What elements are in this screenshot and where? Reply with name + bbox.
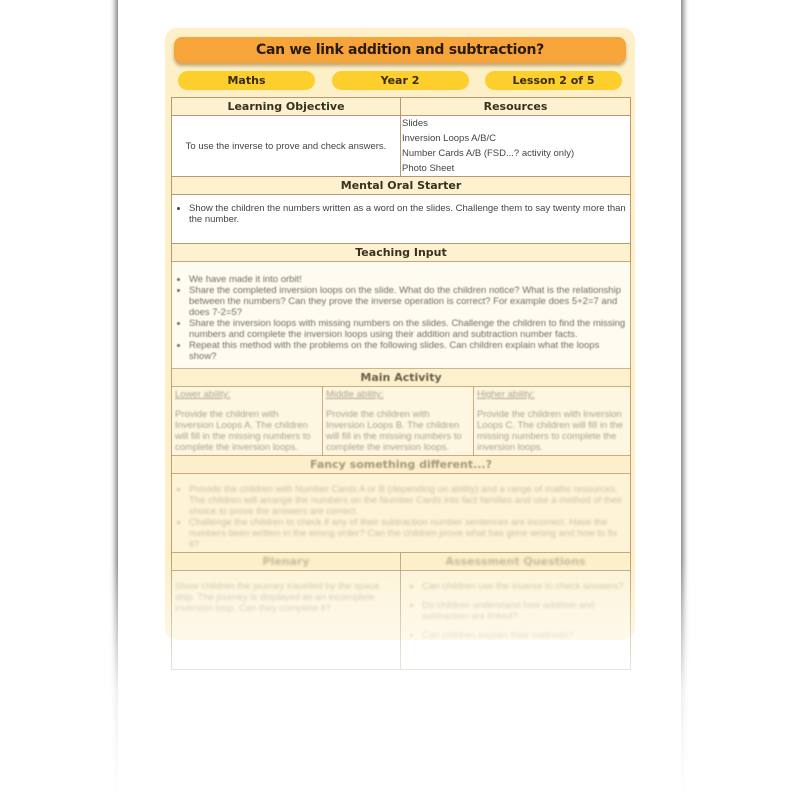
starter-item: Show the children the numbers written as… xyxy=(189,203,627,225)
teaching-item: Share the completed inversion loops on t… xyxy=(189,285,627,318)
plenary-text: Show children the journey travelled by t… xyxy=(172,571,401,670)
lesson-info-bar: Maths Year 2 Lesson 2 of 5 xyxy=(178,71,622,91)
lesson-title: Can we link addition and subtraction? xyxy=(174,37,626,63)
assessment-heading: Assessment Questions xyxy=(401,553,631,571)
main-activity-heading: Main Activity xyxy=(172,369,631,387)
lower-ability-cell: Lower ability: Provide the children with… xyxy=(172,387,323,456)
middle-ability-cell: Middle ability: Provide the children wit… xyxy=(323,387,474,456)
resource-item: Photo Sheet xyxy=(402,161,629,176)
resource-item: Number Cards A/B (FSD...? activity only) xyxy=(402,146,629,161)
resource-item: Inversion Loops A/B/C xyxy=(402,131,629,146)
teaching-item: Share the inversion loops with missing n… xyxy=(189,318,627,340)
teaching-item: Repeat this method with the problems on … xyxy=(189,340,627,362)
plenary-heading: Plenary xyxy=(172,553,401,571)
starter-heading: Mental Oral Starter xyxy=(172,177,631,195)
resource-item: Slides xyxy=(402,116,629,131)
different-heading: Fancy something different...? xyxy=(172,456,631,474)
resources-heading: Resources xyxy=(401,98,631,116)
higher-ability-cell: Higher ability: Provide the children wit… xyxy=(474,387,631,456)
lower-ability-title: Lower ability: xyxy=(175,389,319,400)
year-badge: Year 2 xyxy=(332,71,469,90)
subject-badge: Maths xyxy=(178,71,315,90)
assessment-list: Can children use the inverse to check an… xyxy=(401,571,631,670)
objective-text: To use the inverse to prove and check an… xyxy=(172,116,401,177)
objective-heading: Learning Objective xyxy=(172,98,401,116)
different-content: Provide the children with Number Cards A… xyxy=(172,474,631,553)
middle-ability-title: Middle ability: xyxy=(326,389,470,400)
middle-ability-text: Provide the children with Inversion Loop… xyxy=(326,409,470,453)
teaching-content: We have made it into orbit! Share the co… xyxy=(172,262,631,369)
teaching-heading: Teaching Input xyxy=(172,244,631,262)
higher-ability-title: Higher ability: xyxy=(477,389,627,400)
assessment-item: Do children understand how addition and … xyxy=(422,600,627,622)
assessment-item: Can children use the inverse to check an… xyxy=(422,581,627,592)
different-item: Provide the children with Number Cards A… xyxy=(189,484,627,517)
lesson-number-badge: Lesson 2 of 5 xyxy=(485,71,622,90)
teaching-item: We have made it into orbit! xyxy=(189,274,627,285)
assessment-item: Can children explain their methods? xyxy=(422,630,627,641)
lesson-plan-table: Learning Objective Resources To use the … xyxy=(171,97,631,670)
resources-list: Slides Inversion Loops A/B/C Number Card… xyxy=(401,116,631,177)
starter-content: Show the children the numbers written as… xyxy=(172,195,631,244)
different-item: Challenge the children to check if any o… xyxy=(189,517,627,550)
lower-ability-text: Provide the children with Inversion Loop… xyxy=(175,409,319,453)
higher-ability-text: Provide the children with Inversion Loop… xyxy=(477,409,627,453)
